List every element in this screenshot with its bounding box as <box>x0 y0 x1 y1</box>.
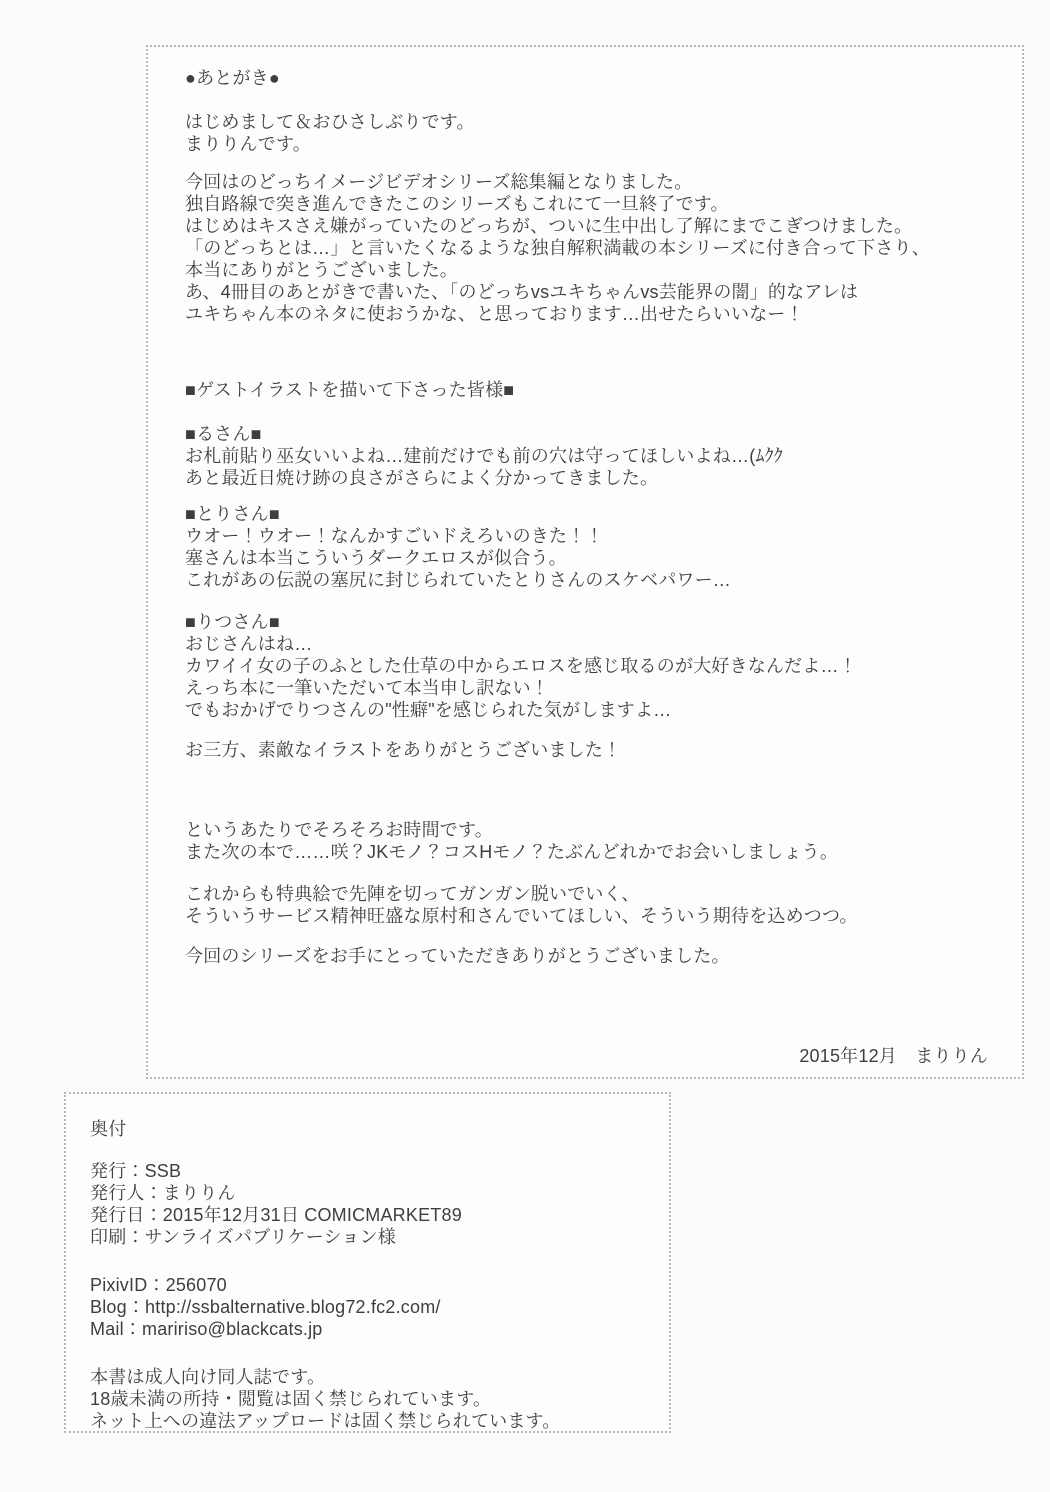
text-line: あと最近日焼け跡の良さがさらによく分かってきました。 <box>185 467 988 489</box>
text-line: そういうサービス精神旺盛な原村和さんでいてほしい、そういう期待を込めつつ。 <box>185 905 988 927</box>
contact-line: Mail：maririso@blackcats.jp <box>90 1318 645 1340</box>
text-line: カワイイ女の子のふとした仕草の中からエロスを感じ取るのが大好きなんだよ…！ <box>185 655 988 677</box>
text-line: ウオー！ウオー！なんかすごいドえろいのきた！！ <box>185 525 988 547</box>
text-line: はじめまして＆おひさしぶりです。 <box>185 111 988 133</box>
closing-paragraph-3: 今回のシリーズをお手にとっていただきありがとうございました。 <box>185 945 988 967</box>
contact-line: Blog：http://ssbalternative.blog72.fc2.co… <box>90 1296 645 1318</box>
colophon-title: 奥付 <box>90 1118 645 1140</box>
publisher-line: 発行日：2015年12月31日 COMICMARKET89 <box>90 1204 645 1226</box>
guest-tori-block: ■とりさん■ ウオー！ウオー！なんかすごいドえろいのきた！！ 塞さんは本当こうい… <box>185 503 988 591</box>
contact-line: PixivID：256070 <box>90 1274 645 1296</box>
contact-info-block: PixivID：256070 Blog：http://ssbalternativ… <box>90 1274 645 1340</box>
afterword-title: ●あとがき● <box>185 67 988 89</box>
text-line: これからも特典絵で先陣を切ってガンガン脱いでいく、 <box>185 883 988 905</box>
publisher-line: 印刷：サンライズパブリケーション様 <box>90 1226 645 1248</box>
guest-ru-block: ■るさん■ お札前貼り巫女いいよね…建前だけでも前の穴は守ってほしいよね…(ﾑｸ… <box>185 423 988 489</box>
text-line: また次の本で……咲？JKモノ？コスHモノ？たぶんどれかでお会いしましょう。 <box>185 841 988 863</box>
afterword-content: ●あとがき● はじめまして＆おひさしぶりです。 まりりんです。 今回はのどっちイ… <box>148 47 1022 1067</box>
afterword-box: ●あとがき● はじめまして＆おひさしぶりです。 まりりんです。 今回はのどっちイ… <box>146 45 1024 1079</box>
text-line: でもおかげでりつさんの"性癖"を感じられた気がしますよ… <box>185 699 988 721</box>
publisher-line: 発行人：まりりん <box>90 1182 645 1204</box>
notice-line: 18歳未満の所持・閲覧は固く禁じられています。 <box>90 1388 645 1410</box>
closing-paragraph-2: これからも特典絵で先陣を切ってガンガン脱いでいく、 そういうサービス精神旺盛な原… <box>185 883 988 927</box>
text-line: というあたりでそろそろお時間です。 <box>185 819 988 841</box>
text-line: ユキちゃん本のネタに使おうかな、と思っております…出せたらいいなー！ <box>185 303 988 325</box>
text-line: えっち本に一筆いただいて本当申し訳ない！ <box>185 677 988 699</box>
closing-paragraph-1: というあたりでそろそろお時間です。 また次の本で……咲？JKモノ？コスHモノ？た… <box>185 819 988 863</box>
text-line: 塞さんは本当こういうダークエロスが似合う。 <box>185 547 988 569</box>
series-paragraph: 今回はのどっちイメージビデオシリーズ総集編となりました。 独自路線で突き進んでき… <box>185 171 988 325</box>
text-line: あ、4冊目のあとがきで書いた、「のどっちvsユキちゃんvs芸能界の闇」的なアレは <box>185 281 988 303</box>
notice-line: 本書は成人向け同人誌です。 <box>90 1366 645 1388</box>
guest-thanks-line: お三方、素敵なイラストをありがとうございました！ <box>185 739 988 761</box>
text-line: まりりんです。 <box>185 133 988 155</box>
intro-paragraph: はじめまして＆おひさしぶりです。 まりりんです。 <box>185 111 988 155</box>
colophon-content: 奥付 発行：SSB 発行人：まりりん 発行日：2015年12月31日 COMIC… <box>66 1094 669 1432</box>
text-line: 「のどっちとは…」と言いたくなるような独自解釈満載の本シリーズに付き合って下さり… <box>185 237 988 259</box>
text-line: 独自路線で突き進んできたこのシリーズもこれにて一旦終了です。 <box>185 193 988 215</box>
text-line: これがあの伝説の塞尻に封じられていたとりさんのスケベパワー… <box>185 569 988 591</box>
colophon-box: 奥付 発行：SSB 発行人：まりりん 発行日：2015年12月31日 COMIC… <box>64 1092 671 1433</box>
guest-name: ■るさん■ <box>185 423 988 445</box>
guest-name: ■とりさん■ <box>185 503 988 525</box>
guest-name: ■りつさん■ <box>185 611 988 633</box>
adult-notice-block: 本書は成人向け同人誌です。 18歳未満の所持・閲覧は固く禁じられています。 ネッ… <box>90 1366 645 1432</box>
text-line: 今回はのどっちイメージビデオシリーズ総集編となりました。 <box>185 171 988 193</box>
text-line: お札前貼り巫女いいよね…建前だけでも前の穴は守ってほしいよね…(ﾑｸｸ <box>185 445 988 467</box>
publisher-line: 発行：SSB <box>90 1160 645 1182</box>
scanned-page: ●あとがき● はじめまして＆おひさしぶりです。 まりりんです。 今回はのどっちイ… <box>0 0 1050 1492</box>
publisher-info-block: 発行：SSB 発行人：まりりん 発行日：2015年12月31日 COMICMAR… <box>90 1160 645 1248</box>
guest-section-header: ■ゲストイラストを描いて下さった皆様■ <box>185 379 988 401</box>
text-line: おじさんはね… <box>185 633 988 655</box>
text-line: 本当にありがとうございました。 <box>185 259 988 281</box>
date-signature: 2015年12月 まりりん <box>185 1045 988 1067</box>
text-line: はじめはキスさえ嫌がっていたのどっちが、ついに生中出し了解にまでこぎつけました。 <box>185 215 988 237</box>
guest-ritsu-block: ■りつさん■ おじさんはね… カワイイ女の子のふとした仕草の中からエロスを感じ取… <box>185 611 988 721</box>
text-line: 今回のシリーズをお手にとっていただきありがとうございました。 <box>185 945 988 967</box>
notice-line: ネット上への違法アップロードは固く禁じられています。 <box>90 1410 645 1432</box>
